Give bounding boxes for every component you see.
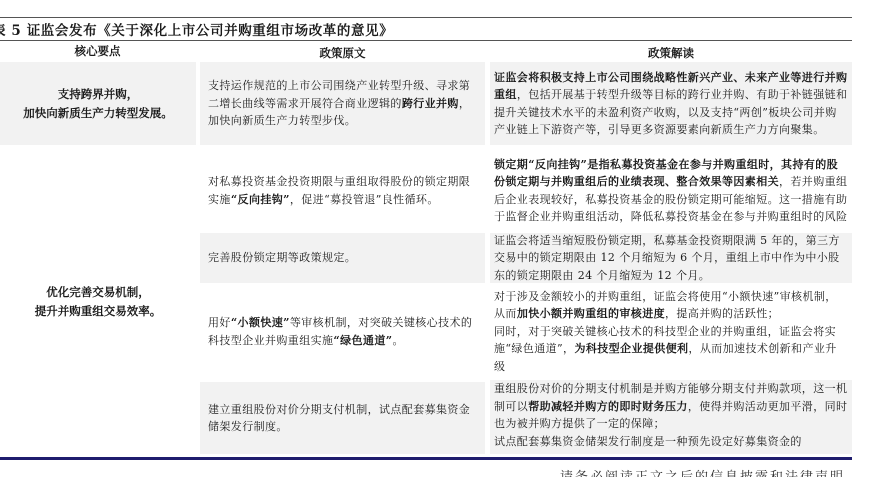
row2c-interpretation-content: 对于涉及金额较小的并购重组，证监会将使用“小额快速”审核机制，从而加快小额并购重…	[494, 288, 848, 376]
row2d-interpretation: 重组股份对价的分期支付机制是并购方能够分期支付并购款项，这一机制可以帮助减轻并购…	[490, 380, 852, 454]
body-text: ，提高并购的活跃性；	[665, 307, 779, 320]
body-text: ，促进“募投管退”良性循环。	[290, 193, 439, 206]
row2b-original-text-content: 完善股份锁定期等政策规定。	[208, 249, 356, 267]
row2c-original-text-content: 用好“小额快速”等审核机制，对突破关键核心技术的科技型企业并购重组实施“绿色通道…	[208, 314, 479, 349]
row2d-original-text-content: 建立重组股份对价分期支付机制，试点配套募集资金储架发行制度。	[208, 401, 479, 436]
body-text: 证监会将适当缩短股份锁定期，私募基金投资期限满 5 年的，第三方交易中的锁定期限…	[494, 234, 840, 282]
emphasis-text: 帮助减轻并购方的即时财务压力	[528, 400, 688, 413]
row2d-interpretation-content: 重组股份对价的分期支付机制是并购方能够分期支付并购款项，这一机制可以帮助减轻并购…	[494, 380, 848, 450]
row2a-interpretation-content: 锁定期“反向挂钩”是指私募投资基金在参与并购重组时，其持有的股份锁定期与并购重组…	[494, 156, 848, 226]
row2b-interpretation-content: 证监会将适当缩短股份锁定期，私募基金投资期限满 5 年的，第三方交易中的锁定期限…	[494, 232, 848, 285]
row2a-original-text-content: 对私募投资基金投资期限与重组取得股份的锁定期限实施“反向挂钩”，促进“募投管退”…	[208, 173, 479, 208]
emphasis-text: “绿色通道”	[333, 334, 392, 347]
title-top-rule	[0, 17, 852, 18]
header-original-text: 政策原文	[200, 45, 485, 61]
row1-original-text-content: 支持运作规范的上市公司围绕产业转型升级、寻求第二增长曲线等需求开展符合商业逻辑的…	[208, 77, 479, 130]
emphasis-text: 为科技型企业提供便利	[574, 342, 688, 355]
emphasis-text: “反向挂钩”	[231, 193, 290, 206]
emphasis-text: 加快小额并购重组的审核进度	[517, 307, 665, 320]
row2b-interpretation: 证监会将适当缩短股份锁定期，私募基金投资期限满 5 年的，第三方交易中的锁定期限…	[490, 233, 852, 283]
row1-key-point: 支持跨界并购， 加快向新质生产力转型发展。	[0, 62, 196, 145]
disclaimer-notice: 请务必阅读正文之后的信息披露和法律声明	[560, 466, 845, 477]
header-key-point: 核心要点	[0, 43, 195, 59]
row2-key-point: 优化完善交易机制， 提升并购重组交易效率。	[0, 148, 196, 455]
emphasis-text: 跨行业并购	[402, 97, 459, 110]
body-text: 。	[392, 334, 403, 347]
title-bottom-rule	[0, 40, 852, 41]
row1-original-text: 支持运作规范的上市公司围绕产业转型升级、寻求第二增长曲线等需求开展符合商业逻辑的…	[200, 62, 485, 145]
body-text: ，包括开展基于转型升级等目标的跨行业并购、有助于补链强链和提升关键技术水平的未盈…	[494, 88, 847, 136]
body-text: 建立重组股份对价分期支付机制，试点配套募集资金储架发行制度。	[208, 403, 470, 434]
row2c-original-text: 用好“小额快速”等审核机制，对突破关键核心技术的科技型企业并购重组实施“绿色通道…	[200, 283, 485, 380]
row1-interpretation-content: 证监会将积极支持上市公司围绕战略性新兴产业、未来产业等进行并购重组，包括开展基于…	[494, 69, 848, 139]
row2b-original-text: 完善股份锁定期等政策规定。	[200, 233, 485, 283]
body-text: 完善股份锁定期等政策规定。	[208, 251, 356, 264]
table-title: 表 5 证监会发布《关于深化上市公司并购重组市场改革的意见》	[0, 19, 393, 39]
emphasis-text: “小额快速”	[231, 316, 290, 329]
row2a-interpretation: 锁定期“反向挂钩”是指私募投资基金在参与并购重组时，其持有的股份锁定期与并购重组…	[490, 148, 852, 233]
row1-interpretation: 证监会将积极支持上市公司围绕战略性新兴产业、未来产业等进行并购重组，包括开展基于…	[490, 62, 852, 145]
body-text: 用好	[208, 316, 231, 329]
header-interpretation: 政策解读	[490, 45, 852, 61]
row2a-original-text: 对私募投资基金投资期限与重组取得股份的锁定期限实施“反向挂钩”，促进“募投管退”…	[200, 148, 485, 233]
row2c-interpretation: 对于涉及金额较小的并购重组，证监会将使用“小额快速”审核机制，从而加快小额并购重…	[490, 283, 852, 380]
row2d-original-text: 建立重组股份对价分期支付机制，试点配套募集资金储架发行制度。	[200, 382, 485, 454]
footer-rule	[0, 457, 852, 460]
body-text: 试点配套募集资金储架发行制度是一种预先设定好募集资金的	[494, 435, 802, 448]
